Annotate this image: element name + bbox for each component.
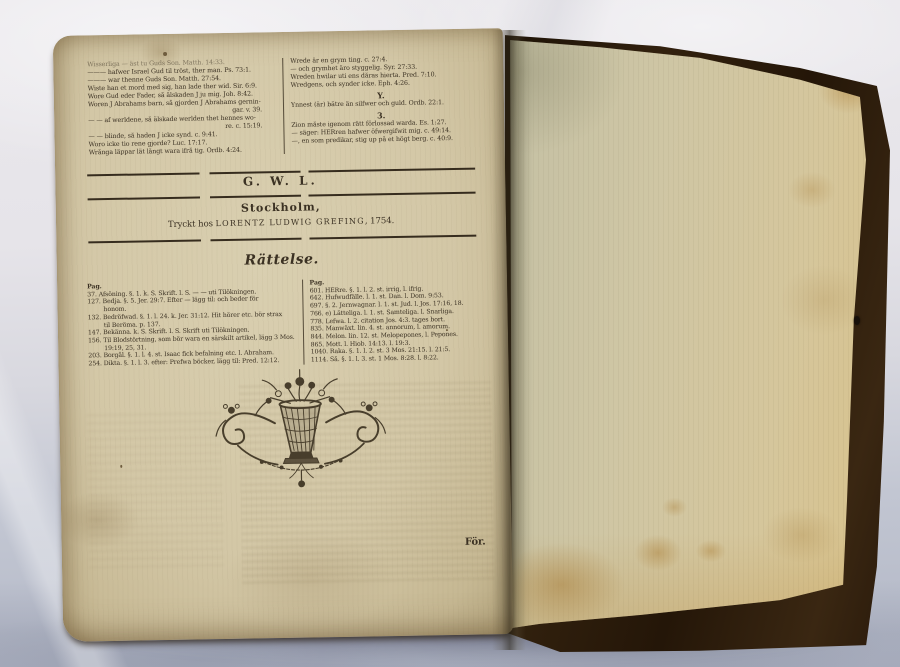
concordance-left-column: Wisserliga — äst tu Guds Son. Matth. 14:… bbox=[87, 58, 284, 157]
concordance-line: —, en som predikar, stig up på et högt b… bbox=[292, 135, 472, 146]
flower-basket-ornament-icon bbox=[211, 366, 391, 495]
imprint-line: Tryckt hos LORENTZ LUDWIG GREFING, 1754. bbox=[56, 215, 506, 231]
left-printed-page: Wisserliga — äst tu Guds Son. Matth. 14:… bbox=[53, 28, 514, 642]
concordance-right-column: Wrede är en grym ting. c. 27:4. — och gr… bbox=[282, 55, 472, 154]
errata-title: Rättelse. bbox=[57, 252, 507, 268]
photo-of-open-book: Wisserliga — äst tu Guds Son. Matth. 14:… bbox=[0, 0, 900, 667]
catchword: För. bbox=[465, 538, 486, 546]
concordance-block: Wisserliga — äst tu Guds Son. Matth. 14:… bbox=[87, 55, 473, 158]
horizontal-rule bbox=[88, 192, 476, 201]
right-blank-page bbox=[508, 36, 866, 628]
imprint-year: , 1754. bbox=[365, 216, 395, 227]
errata-block: Pag. 37. Afsöning. §. 1. k. S. Skrift. l… bbox=[87, 277, 480, 369]
printed-content: Wisserliga — äst tu Guds Son. Matth. 14:… bbox=[53, 28, 514, 642]
errata-entry: 1114. Så. §. 1. l. 3. st. 1 Mos. 8:28. l… bbox=[311, 354, 481, 365]
errata-left-column: Pag. 37. Afsöning. §. 1. k. S. Skrift. l… bbox=[87, 280, 304, 368]
horizontal-rule bbox=[88, 235, 476, 244]
imprint-prefix: Tryckt hos bbox=[168, 219, 216, 230]
book: Wisserliga — äst tu Guds Son. Matth. 14:… bbox=[48, 18, 888, 658]
imprint-city: Stockholm, bbox=[56, 200, 506, 216]
wormhole-spot bbox=[854, 316, 860, 325]
errata-right-column: Pag. 601. HERre. §. 1. l. 2. st. irrig, … bbox=[302, 277, 480, 365]
printer-name: LORENTZ LUDWIG GREFING bbox=[215, 217, 364, 229]
